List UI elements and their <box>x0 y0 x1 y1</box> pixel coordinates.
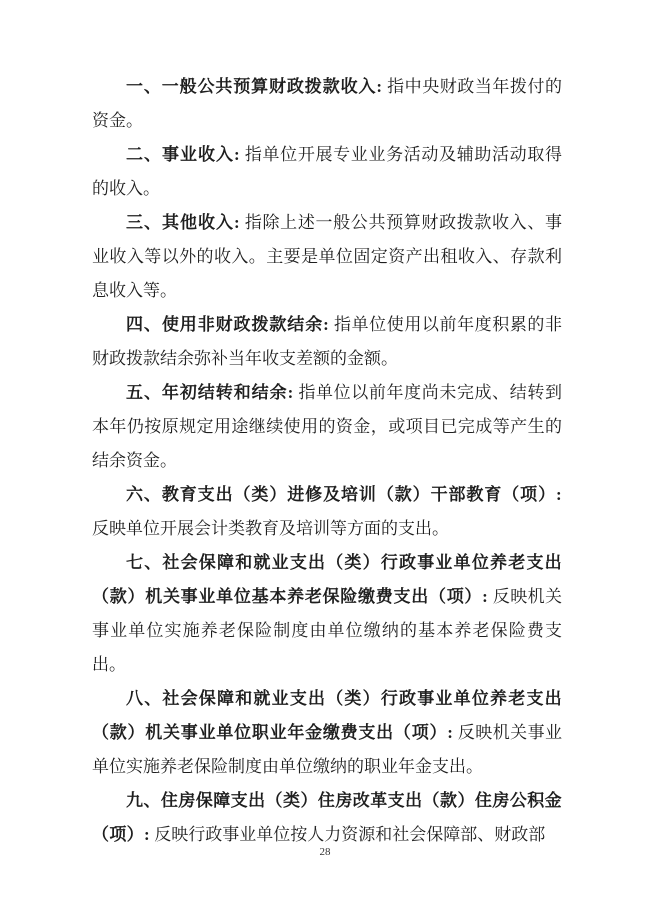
term-label: 一、一般公共预算财政拨款收入: <box>126 77 382 96</box>
document-body: 一、一般公共预算财政拨款收入: 指中央财政当年拨付的资金。 二、事业收入: 指单… <box>92 70 562 852</box>
term-label: 六、教育支出（类）进修及培训（款）干部教育（项）: <box>126 485 562 504</box>
term-label: 三、其他收入: <box>126 213 240 232</box>
definition-paragraph: 七、社会保障和就业支出（类）行政事业单位养老支出（款）机关事业单位基本养老保险缴… <box>92 546 562 682</box>
definition-paragraph: 九、住房保障支出（类）住房改革支出（款）住房公积金（项）: 反映行政事业单位按人… <box>92 784 562 852</box>
term-label: 四、使用非财政拨款结余: <box>126 315 329 334</box>
definition-paragraph: 一、一般公共预算财政拨款收入: 指中央财政当年拨付的资金。 <box>92 70 562 138</box>
definition-paragraph: 四、使用非财政拨款结余: 指单位使用以前年度积累的非财政拨款结余弥补当年收支差额… <box>92 308 562 376</box>
definition-paragraph: 八、社会保障和就业支出（类）行政事业单位养老支出（款）机关事业单位职业年金缴费支… <box>92 682 562 784</box>
page-number: 28 <box>0 846 650 858</box>
term-definition: 反映行政事业单位按人力资源和社会保障部、财政部 <box>150 825 545 844</box>
definition-paragraph: 三、其他收入: 指除上述一般公共预算财政拨款收入、事业收入等以外的收入。主要是单… <box>92 206 562 308</box>
document-page: 一、一般公共预算财政拨款收入: 指中央财政当年拨付的资金。 二、事业收入: 指单… <box>0 0 650 919</box>
definition-paragraph: 六、教育支出（类）进修及培训（款）干部教育（项）: 反映单位开展会计类教育及培训… <box>92 478 562 546</box>
term-label: 五、年初结转和结余: <box>126 383 294 402</box>
definition-paragraph: 五、年初结转和结余: 指单位以前年度尚未完成、结转到本年仍按原规定用途继续使用的… <box>92 376 562 478</box>
term-definition: 反映单位开展会计类教育及培训等方面的支出。 <box>92 519 449 538</box>
definition-paragraph: 二、事业收入: 指单位开展专业业务活动及辅助活动取得的收入。 <box>92 138 562 206</box>
term-label: 二、事业收入: <box>126 145 240 164</box>
